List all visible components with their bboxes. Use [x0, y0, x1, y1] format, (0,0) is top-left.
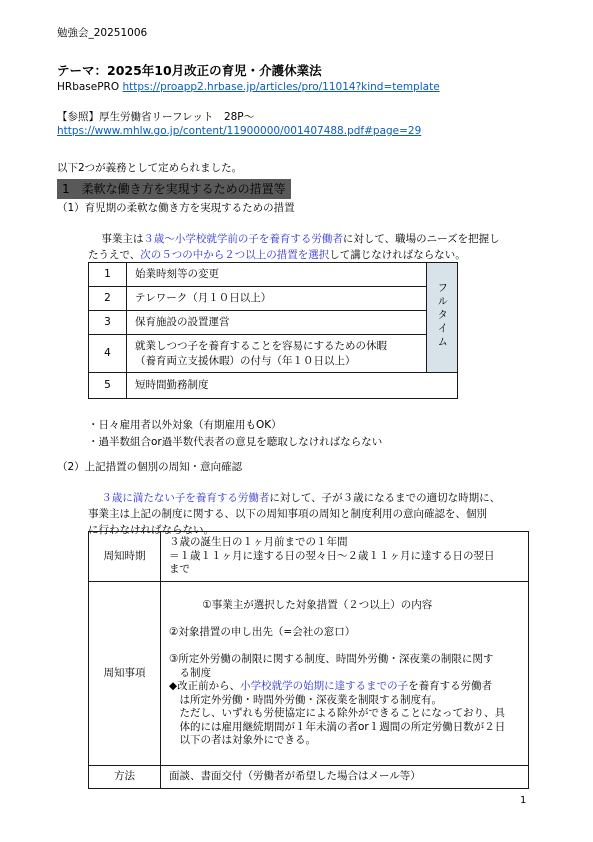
- notice-items-seg1: ①事業主が選択した対象措置（２つ以上）の内容 ②対象措置の申し出先（=会社の窓口…: [169, 599, 493, 692]
- notice-timing-content: ３歳の誕生日の１ヶ月前までの１年間 ＝１歳１１ヶ月に達する日の翌々日～２歳１１ヶ…: [161, 532, 529, 582]
- measure-label: 就業しつつ子を養育することを容易にするための休暇 （養育両立支援休暇）の付与（年…: [127, 335, 427, 373]
- notice-row-label: 周知時期: [89, 532, 161, 582]
- para1-seg4-emphasis: 次の５つの中から２つ以上の措置を選択: [140, 249, 329, 261]
- hrbase-link[interactable]: https://proapp2.hrbase.jp/articles/pro/1…: [122, 81, 439, 93]
- table-row: 5 短時間勤務制度: [89, 373, 458, 399]
- table-row: 2 テレワーク（月１０日以上）: [89, 287, 458, 311]
- page-title: テーマ：2025年10月改正の育児・介護休業法: [57, 61, 322, 79]
- measure-label: テレワーク（月１０日以上）: [127, 287, 427, 311]
- para1-seg2-emphasis: ３歳～小学校就学前の子を養育する労働者: [143, 233, 343, 245]
- measure-number: 3: [89, 311, 127, 335]
- table-row: 方法 面談、書面交付（労働者が希望した場合はメール等）: [89, 766, 529, 789]
- table-row: 周知事項 ①事業主が選択した対象措置（２つ以上）の内容 ②対象措置の申し出先（=…: [89, 581, 529, 766]
- document-page: 勉強会_20251006 テーマ：2025年10月改正の育児・介護休業法 HRb…: [0, 0, 593, 842]
- table-row: 周知時期 ３歳の誕生日の１ヶ月前までの１年間 ＝１歳１１ヶ月に達する日の翌々日～…: [89, 532, 529, 582]
- para2-seg1-emphasis: ３歳に満たない子を養育する労働者: [101, 492, 269, 504]
- section1-heading: 1 柔軟な働き方を実現するための措置等: [57, 179, 291, 199]
- item1-title: （1）育児期の柔軟な働き方を実現するための措置: [57, 200, 295, 215]
- reference-label: 【参照】厚生労働省リーフレット 28P～: [57, 109, 254, 124]
- notice-row-label: 方法: [89, 766, 161, 789]
- notice-items-seg2-emphasis: 小学校就学の始期に達するまでの子: [240, 680, 408, 692]
- table-row: 3 保育施設の設置運営: [89, 311, 458, 335]
- table-row: 4 就業しつつ子を養育することを容易にするための休暇 （養育両立支援休暇）の付与…: [89, 335, 458, 373]
- reference-link[interactable]: https://www.mhlw.go.jp/content/11900000/…: [57, 125, 421, 137]
- fulltime-cell: フルタイム: [427, 263, 458, 373]
- hrbase-line: HRbasePRO https://proapp2.hrbase.jp/arti…: [57, 81, 440, 93]
- page-number: 1: [520, 795, 526, 806]
- note-item: ・日々雇用者以外対象（有期雇用もOK）: [88, 417, 382, 434]
- measures-table-container: 1 始業時刻等の変更 フルタイム 2 テレワーク（月１０日以上） 3 保育施設の…: [88, 262, 458, 399]
- notice-items-content: ①事業主が選択した対象措置（２つ以上）の内容 ②対象措置の申し出先（=会社の窓口…: [161, 581, 529, 766]
- measure-number: 1: [89, 263, 127, 287]
- reference-link-line: https://www.mhlw.go.jp/content/11900000/…: [57, 125, 421, 137]
- measure-number: 2: [89, 287, 127, 311]
- notice-table: 周知時期 ３歳の誕生日の１ヶ月前までの１年間 ＝１歳１１ヶ月に達する日の翌々日～…: [88, 531, 529, 789]
- intro-text: 以下2つが義務として定められました。: [57, 160, 242, 175]
- notes-block: ・日々雇用者以外対象（有期雇用もOK） ・過半数組合or過半数代表者の意見を聴取…: [88, 417, 382, 450]
- doc-label: 勉強会_20251006: [57, 25, 147, 40]
- notice-table-container: 周知時期 ３歳の誕生日の１ヶ月前までの１年間 ＝１歳１１ヶ月に達する日の翌々日～…: [88, 531, 529, 789]
- notice-row-label: 周知事項: [89, 581, 161, 766]
- fulltime-vertical-label: フルタイム: [435, 282, 450, 350]
- measure-label: 短時間勤務制度: [127, 373, 458, 399]
- measures-table: 1 始業時刻等の変更 フルタイム 2 テレワーク（月１０日以上） 3 保育施設の…: [88, 262, 458, 399]
- para1-seg5: して講じなければならない。: [329, 249, 466, 261]
- measure-label: 始業時刻等の変更: [127, 263, 427, 287]
- note-item: ・過半数組合or過半数代表者の意見を聴取しなければならない: [88, 434, 382, 451]
- para1-seg1: 事業主は: [101, 233, 143, 245]
- notice-method-content: 面談、書面交付（労働者が希望した場合はメール等）: [161, 766, 529, 789]
- measure-number: 4: [89, 335, 127, 373]
- table-row: 1 始業時刻等の変更 フルタイム: [89, 263, 458, 287]
- item2-title: （2）上記措置の個別の周知・意向確認: [57, 459, 242, 474]
- hrbase-label: HRbasePRO: [57, 81, 122, 93]
- measure-number: 5: [89, 373, 127, 399]
- measure-label: 保育施設の設置運営: [127, 311, 427, 335]
